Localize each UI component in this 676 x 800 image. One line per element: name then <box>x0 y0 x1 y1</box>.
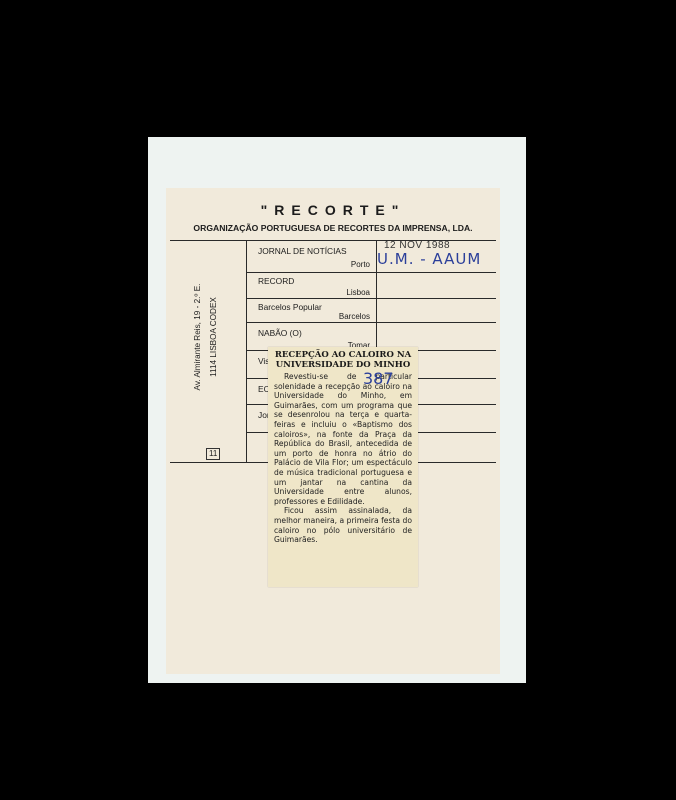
handwritten-number: 387 <box>363 369 394 388</box>
publication-name: RECORD <box>258 276 294 286</box>
form-title: "RECORTE" <box>166 202 500 218</box>
table-left-divider <box>246 240 247 462</box>
publication-name: NABÃO (O) <box>258 328 302 338</box>
publication-name: Barcelos Popular <box>258 302 322 312</box>
publication-city: Lisboa <box>316 288 370 297</box>
row-separator <box>246 298 496 299</box>
newspaper-clipping: RECEPÇÃO AO CALOIRO NA UNIVERSIDADE DO M… <box>268 347 418 587</box>
row-separator <box>246 272 496 273</box>
clipping-paragraph: Revestiu-se de particular solenidade a r… <box>274 372 412 506</box>
address-line-1: Av. Almirante Reis, 19 - 2.º E. <box>190 284 206 391</box>
row-separator <box>246 322 496 323</box>
form-subtitle: ORGANIZAÇÃO PORTUGUESA DE RECORTES DA IM… <box>166 223 500 233</box>
address-line-2: 1114 LISBOA CODEX <box>206 284 222 391</box>
publication-city: Barcelos <box>316 312 370 321</box>
agency-address: Av. Almirante Reis, 19 - 2.º E. 1114 LIS… <box>182 262 230 412</box>
clipping-headline: RECEPÇÃO AO CALOIRO NA UNIVERSIDADE DO M… <box>272 350 414 370</box>
clipping-body: Revestiu-se de particular solenidade a r… <box>274 372 412 545</box>
box-number: 11 <box>206 448 220 460</box>
publication-city: Porto <box>316 260 370 269</box>
clipping-paragraph: Ficou assim assinalada, da melhor maneir… <box>274 506 412 544</box>
publication-name: JORNAL DE NOTÍCIAS <box>258 246 347 256</box>
handwritten-note: U.M. - AAUM <box>377 250 481 268</box>
